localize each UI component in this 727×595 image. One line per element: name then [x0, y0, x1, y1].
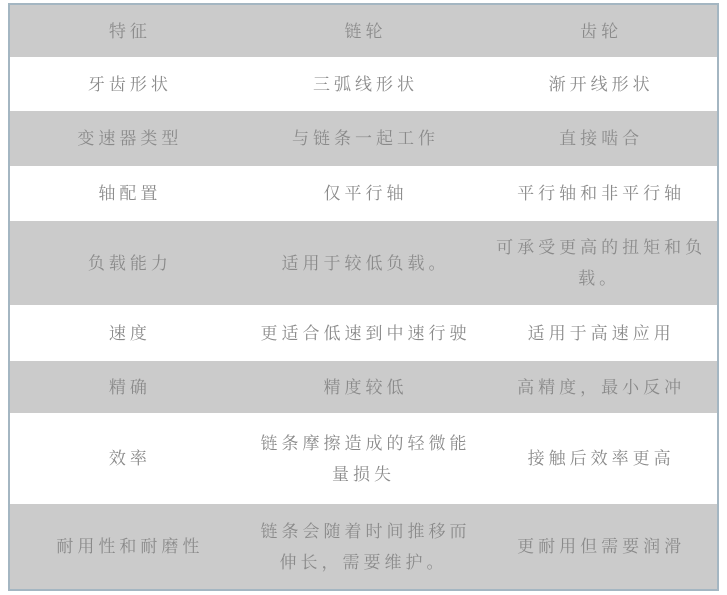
- table-row: 精确 精度较低 高精度，最小反冲: [10, 361, 717, 413]
- cell-gear: 平行轴和非平行轴: [481, 178, 717, 209]
- cell-gear: 适用于高速应用: [481, 318, 717, 349]
- cell-gear: 高精度，最小反冲: [481, 372, 717, 403]
- cell-sprocket: 精度较低: [246, 372, 482, 403]
- cell-gear: 更耐用但需要润滑: [481, 531, 717, 562]
- cell-feature: 速度: [10, 318, 246, 349]
- cell-feature: 耐用性和耐磨性: [10, 531, 246, 562]
- cell-feature: 轴配置: [10, 178, 246, 209]
- cell-feature: 效率: [10, 443, 246, 474]
- table-row: 效率 链条摩擦造成的轻微能量损失 接触后效率更高: [10, 413, 717, 504]
- cell-sprocket: 与链条一起工作: [246, 123, 482, 154]
- cell-gear: 接触后效率更高: [481, 443, 717, 474]
- cell-sprocket: 链条会随着时间推移而伸长，需要维护。: [246, 516, 482, 578]
- cell-gear: 直接啮合: [481, 123, 717, 154]
- column-header-sprocket: 链轮: [246, 16, 482, 47]
- cell-feature: 变速器类型: [10, 123, 246, 154]
- table-row: 速度 更适合低速到中速行驶 适用于高速应用: [10, 305, 717, 361]
- cell-feature: 负载能力: [10, 248, 246, 279]
- cell-sprocket: 链条摩擦造成的轻微能量损失: [246, 428, 482, 490]
- cell-feature: 牙齿形状: [10, 69, 246, 100]
- cell-sprocket: 三弧线形状: [246, 69, 482, 100]
- table-row: 负载能力 适用于较低负载。 可承受更高的扭矩和负载。: [10, 221, 717, 305]
- table-header-row: 特征 链轮 齿轮: [10, 5, 717, 57]
- cell-sprocket: 更适合低速到中速行驶: [246, 318, 482, 349]
- column-header-gear: 齿轮: [481, 16, 717, 47]
- cell-sprocket: 适用于较低负载。: [246, 248, 482, 279]
- cell-gear: 可承受更高的扭矩和负载。: [481, 232, 717, 294]
- table-row: 耐用性和耐磨性 链条会随着时间推移而伸长，需要维护。 更耐用但需要润滑: [10, 504, 717, 589]
- table-row: 轴配置 仅平行轴 平行轴和非平行轴: [10, 166, 717, 221]
- cell-gear: 渐开线形状: [481, 69, 717, 100]
- table-row: 牙齿形状 三弧线形状 渐开线形状: [10, 57, 717, 111]
- table-row: 变速器类型 与链条一起工作 直接啮合: [10, 111, 717, 166]
- cell-feature: 精确: [10, 372, 246, 403]
- column-header-feature: 特征: [10, 16, 246, 47]
- comparison-table: 特征 链轮 齿轮 牙齿形状 三弧线形状 渐开线形状 变速器类型 与链条一起工作 …: [8, 3, 719, 591]
- cell-sprocket: 仅平行轴: [246, 178, 482, 209]
